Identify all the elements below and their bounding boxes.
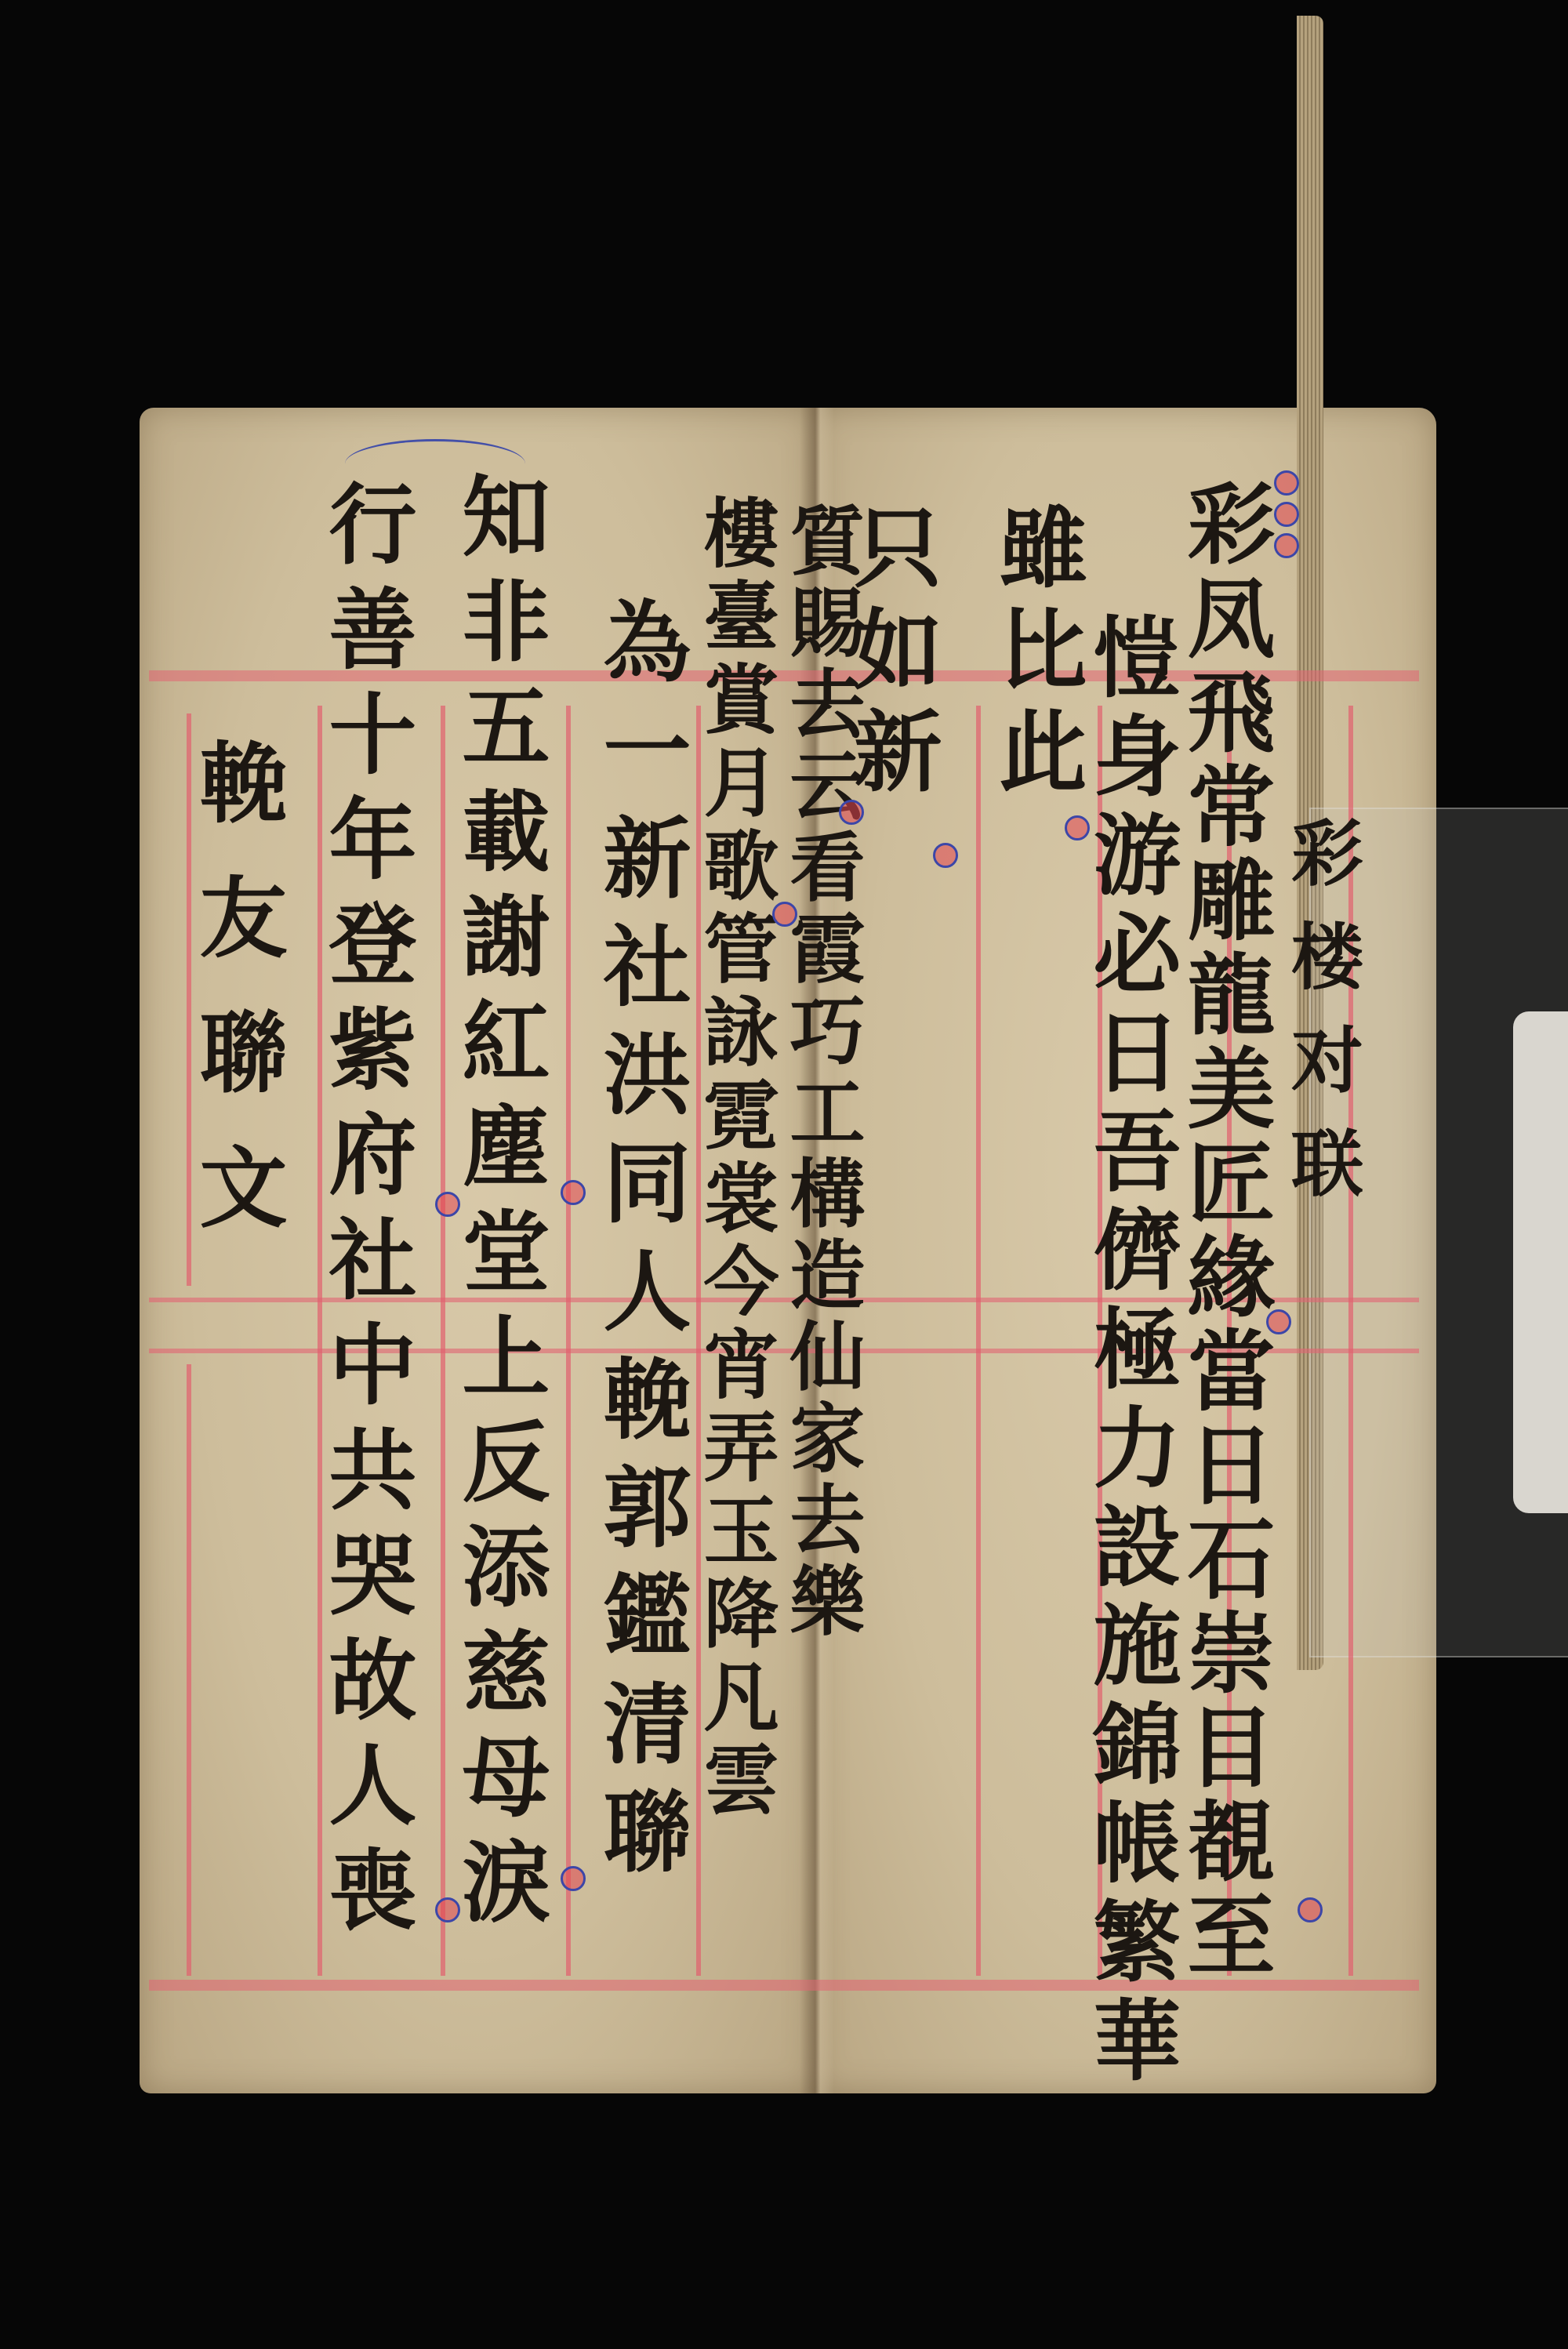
punctuation-mark bbox=[1298, 1897, 1323, 1922]
punctuation-mark bbox=[435, 1897, 460, 1922]
text-column: 為一新社洪同人輓郭鑑清聯 bbox=[596, 596, 684, 1894]
text-column: 行善十年登紫府社中共哭故人喪 bbox=[321, 478, 409, 1949]
text-column: 彩凤飛常雕龍美匠緣當日石崇目覩至 bbox=[1180, 478, 1268, 1984]
punctuation-mark bbox=[1274, 470, 1299, 496]
punctuation-mark bbox=[561, 1180, 586, 1205]
punctuation-mark bbox=[561, 1866, 586, 1891]
tape-backing bbox=[1513, 1011, 1568, 1513]
title-caiou-duilian: 彩楼对联 bbox=[1286, 815, 1358, 1229]
text-column: 輓友聯文 bbox=[192, 737, 280, 1276]
text-column: 質賜去云看霞巧工構造仙家去樂 bbox=[784, 502, 859, 1643]
punctuation-mark bbox=[839, 800, 864, 825]
punctuation-mark bbox=[933, 843, 958, 868]
red-column-rule bbox=[566, 706, 571, 1976]
punctuation-mark bbox=[1274, 533, 1299, 558]
punctuation-mark bbox=[1065, 815, 1090, 840]
punctuation-mark bbox=[1274, 502, 1299, 527]
text-column: 雖比此 bbox=[992, 502, 1080, 808]
red-column-rule bbox=[976, 706, 981, 1976]
red-column-rule bbox=[187, 1364, 191, 1976]
text-column: 愷身游必日吾儕極力設施錦帳繁華 bbox=[1086, 612, 1174, 2093]
text-column: 樓臺賞月歌管詠霓裳今宵弄玉降凡雲 bbox=[698, 494, 773, 1824]
red-column-rule bbox=[441, 706, 445, 1976]
punctuation-mark bbox=[1266, 1309, 1291, 1334]
punctuation-mark bbox=[772, 902, 797, 927]
text-column: 知非五載謝紅塵堂上反添慈母淚 bbox=[455, 470, 543, 1941]
punctuation-mark bbox=[435, 1192, 460, 1217]
